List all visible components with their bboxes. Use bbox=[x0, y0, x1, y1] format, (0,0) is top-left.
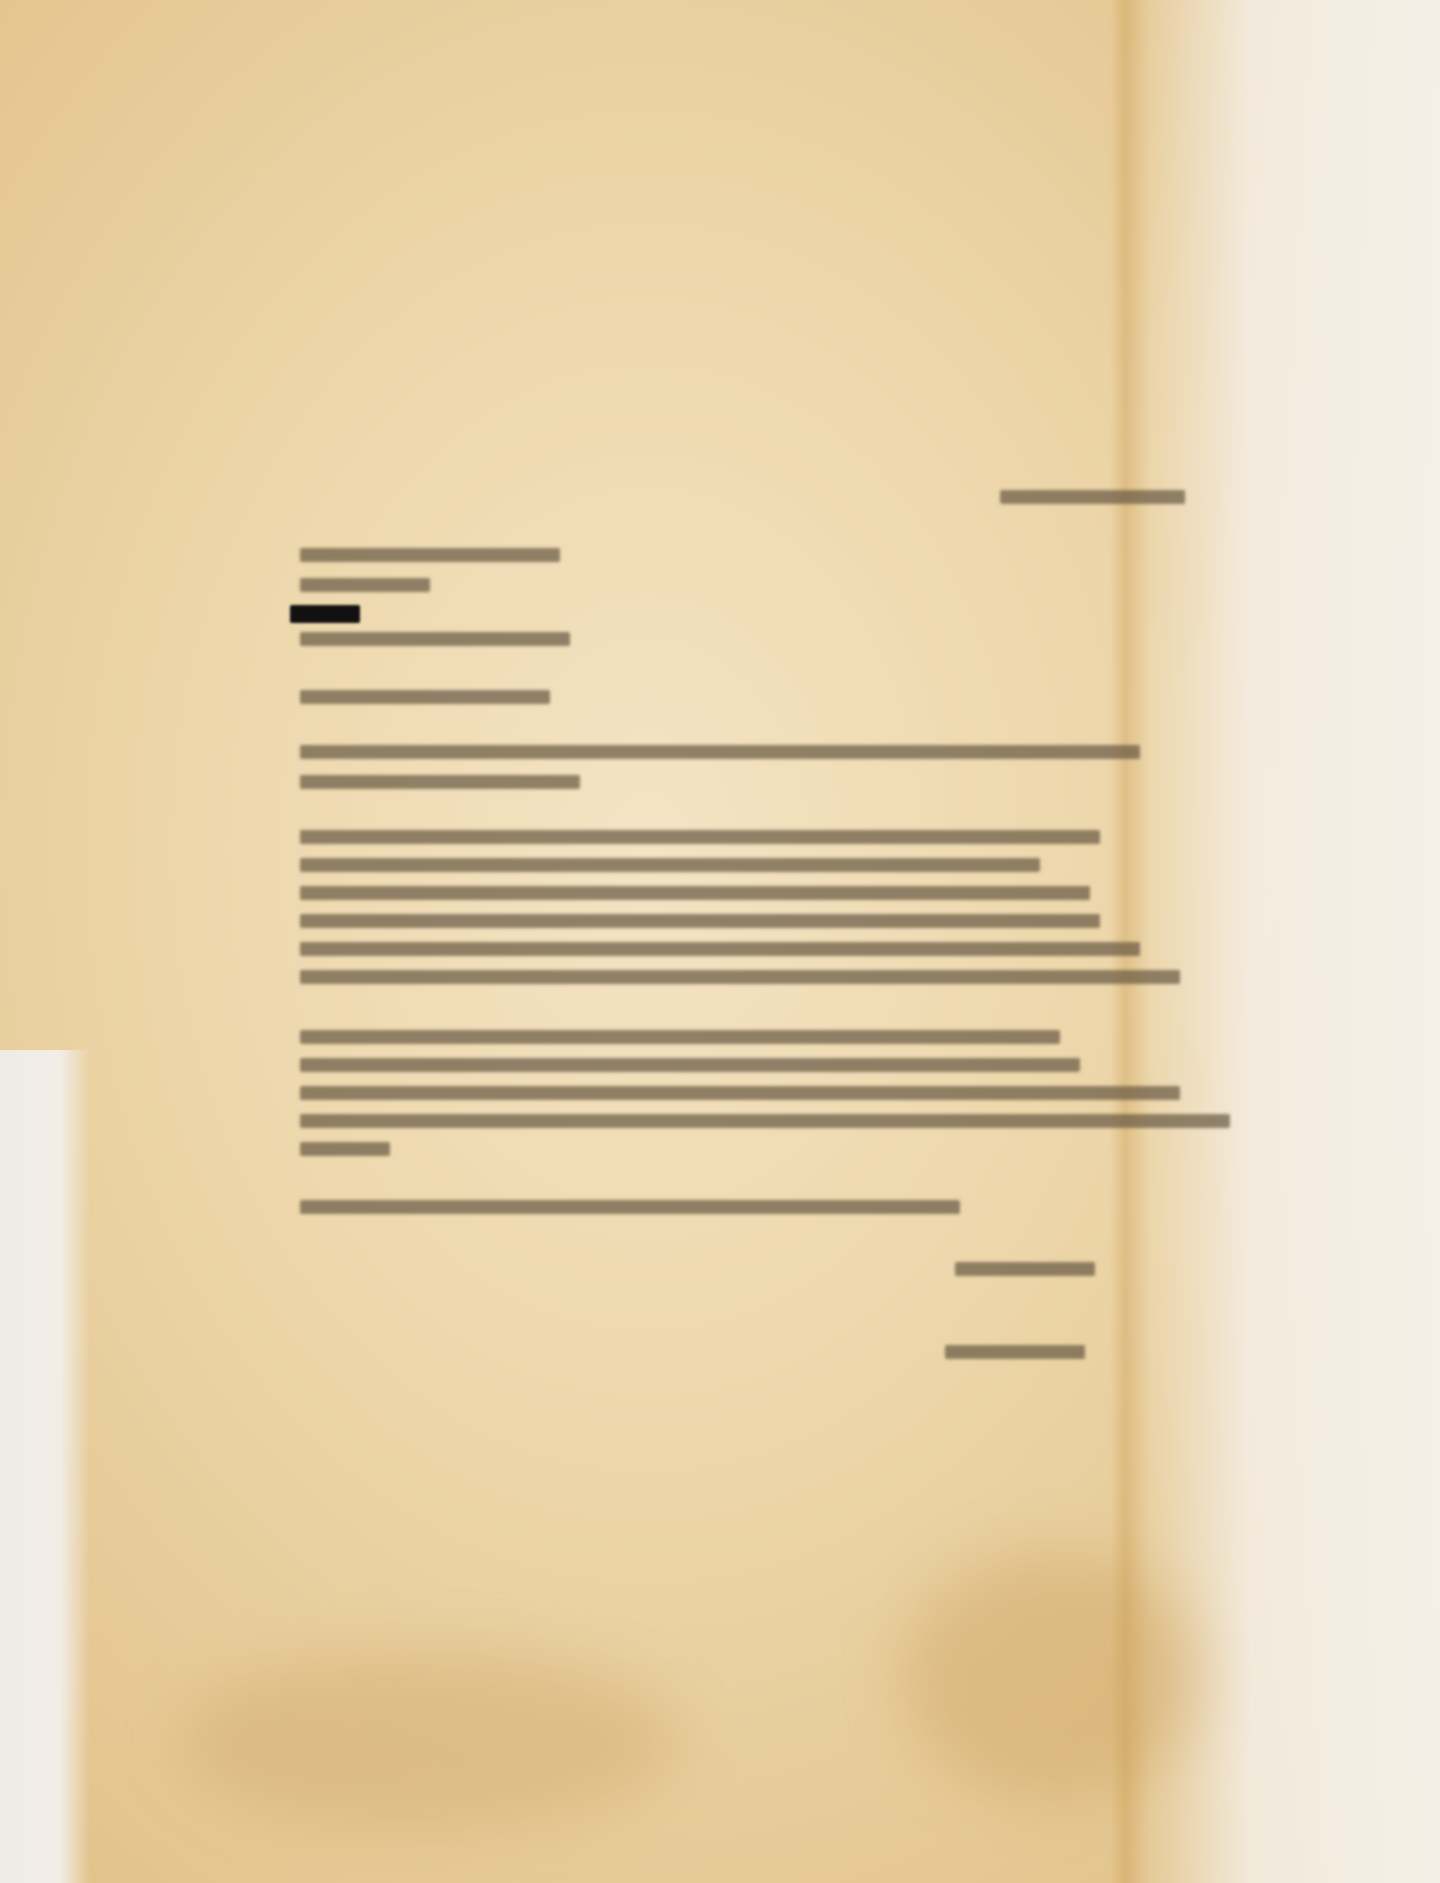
date-line bbox=[1000, 490, 1185, 504]
paragraph-line bbox=[300, 886, 1090, 900]
paragraph-line bbox=[300, 970, 1180, 984]
paragraph-line bbox=[300, 775, 580, 789]
closing-line bbox=[955, 1262, 1095, 1276]
paragraph-line bbox=[300, 745, 1140, 759]
paragraph-line bbox=[300, 1086, 1180, 1100]
paragraph-line bbox=[300, 1200, 960, 1214]
recipient-city bbox=[300, 632, 570, 646]
paper-stain bbox=[900, 1550, 1200, 1800]
paragraph-line bbox=[300, 942, 1140, 956]
paragraph-line bbox=[300, 914, 1100, 928]
paper-edge bbox=[0, 1050, 90, 1883]
salutation bbox=[300, 690, 550, 704]
recipient-street bbox=[300, 578, 430, 592]
signature-text: [illegible signature] bbox=[0, 0, 1, 1]
redaction-bar bbox=[290, 605, 360, 623]
paragraph-line bbox=[300, 858, 1040, 872]
paragraph-line bbox=[300, 1030, 1060, 1044]
salutation-text: [illegible salutation] bbox=[0, 0, 1, 1]
paper-stain bbox=[180, 1650, 680, 1830]
recipient-name bbox=[300, 548, 560, 562]
paragraph-line bbox=[300, 1114, 1230, 1128]
paragraph-line bbox=[300, 1058, 1080, 1072]
signature-line bbox=[945, 1345, 1085, 1359]
closing-text: [illegible closing] bbox=[0, 0, 1, 1]
paragraph-line bbox=[300, 830, 1100, 844]
scanned-letter-page: [illegible date] [illegible salutation] … bbox=[0, 0, 1440, 1883]
paragraph-line bbox=[300, 1142, 390, 1156]
date-text: [illegible date] bbox=[0, 0, 1, 1]
